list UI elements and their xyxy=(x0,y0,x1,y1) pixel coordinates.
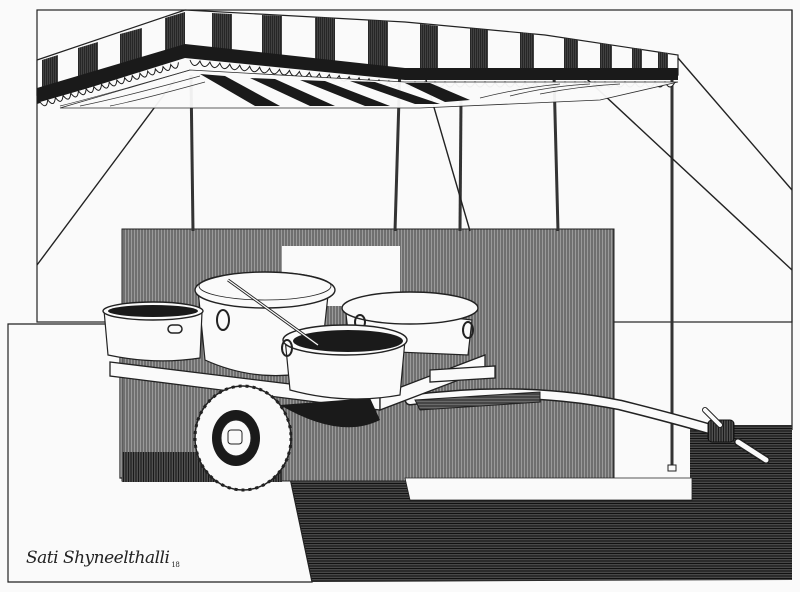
pot-front-center xyxy=(282,325,407,399)
pot-front-left xyxy=(103,302,203,361)
artwork-canvas xyxy=(0,0,800,592)
artist-signature: Sati Shyneelthalli18 xyxy=(26,548,179,569)
pole-foot xyxy=(668,465,676,471)
signature-text: Sati Shyneelthalli xyxy=(26,548,169,568)
floor-plank xyxy=(405,478,692,500)
wheel xyxy=(195,386,291,490)
signature-year: 18 xyxy=(171,561,179,569)
